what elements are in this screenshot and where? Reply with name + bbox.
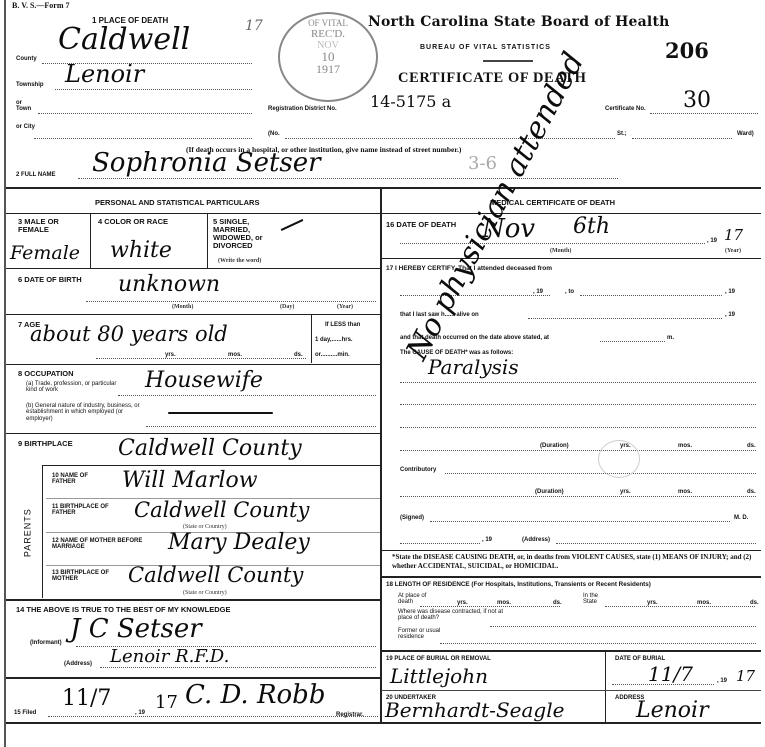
duration-label-1: (Duration) [540,443,569,449]
duration-2-yrs: yrs. [620,489,631,495]
center-divider [380,189,382,723]
father-birthplace-label: 11 BIRTHPLACE OF FATHER [52,504,124,517]
mother-birthplace-label: 13 BIRTHPLACE OF MOTHER [52,570,124,583]
sex-label: 3 MALE OR FEMALE [18,218,78,234]
residence-label: 18 LENGTH OF RESIDENCE (For Hospitals, I… [386,582,651,589]
occupation-b-label: (b) General nature of industry, business… [26,403,148,422]
cause-line-3 [400,427,756,428]
informant-address-label: (Address) [64,661,92,667]
last-saw-year: , 19 [725,312,735,318]
informant-address-line [100,667,376,668]
full-name-value: Sophronia Setser [92,148,321,178]
age-yrs: yrs. [165,352,176,358]
registrar-label: Registrar. [336,712,364,718]
row-rule-2 [6,314,380,315]
header-rule [483,60,533,62]
parents-side-label: PARENTS [24,508,33,557]
left-border [4,0,6,747]
physician-address-line [556,543,756,544]
at-place-line [420,606,560,607]
father-birthplace-value: Caldwell County [134,498,309,522]
ward-line [632,138,732,139]
burial-place-value: Littlejohn [390,664,488,688]
duration-1-ds: ds. [747,443,756,449]
contracted-label: Where was disease contracted, if not at … [398,609,518,622]
row-rule-4 [6,433,380,434]
full-name-label: 2 FULL NAME [16,172,56,178]
town-line [38,113,252,114]
personal-heading: PERSONAL AND STATISTICAL PARTICULARS [95,199,259,207]
race-label: 4 COLOR OR RACE [98,218,168,226]
birthplace-value: Caldwell County [118,436,302,461]
age-ds: ds. [294,352,303,358]
duration-2-ds: ds. [747,489,756,495]
sex-value: Female [10,242,80,264]
registration-district-label: Registration District No. [268,106,337,112]
former-residence-line [440,643,756,644]
filed-year: 17 [155,692,178,713]
ward-label: Ward) [737,131,754,137]
certificate-number-line [650,113,758,114]
in-state-ds: ds. [750,600,759,606]
occupation-a-label: (a) Trade, profession, or particular kin… [26,381,121,394]
md-label: M. D. [734,515,748,521]
in-state-label: In the State [583,593,613,606]
at-place-label: At place of death [398,593,438,606]
form-code: B. V. S.—Form 7 [12,2,70,10]
registration-district-value: 14-5175 a [370,92,451,111]
occurred-m: m. [667,335,674,341]
informant-heading: 14 THE ABOVE IS TRUE TO THE BEST OF MY K… [16,606,230,614]
occupation-b-line [146,426,376,427]
township-line [55,89,252,90]
duration-label-2: (Duration) [535,489,564,495]
duration-line-1 [400,450,756,451]
row-rule-9 [6,599,380,601]
certify-from-year: , 19 [533,289,543,295]
burial-place-label: 19 PLACE OF BURIAL OR REMOVAL [386,656,491,662]
personal-heading-rule [6,213,380,214]
mother-name-value: Mary Dealey [168,530,310,555]
father-name-label: 10 NAME OF FATHER [52,473,107,486]
occupation-b-dash [168,412,273,414]
filed-line [48,716,378,717]
age-value: about 80 years old [30,322,228,346]
certificate-number-value: 30 [683,88,711,113]
city-label: or City [16,124,36,130]
medical-rule-2 [381,550,761,551]
street-label: St.; [617,131,627,137]
received-stamp: OF VITAL REC'D. NOV 10 1917 [278,12,378,102]
full-name-note: 3-6 [468,153,497,174]
burial-date-value: 11/7 [648,662,693,686]
full-name-line [78,178,618,179]
informant-label: (Informant) [30,640,62,646]
dod-year-prefix: , 19 [707,238,717,244]
filed-year-prefix: , 19 [135,710,145,716]
certify-to-line [580,295,722,296]
birthplace-label: 9 BIRTHPLACE [18,440,73,448]
duration-1-mos: mos. [678,443,692,449]
dob-value: unknown [118,272,220,297]
certify-from-line [400,295,550,296]
dod-year: 17 [724,226,743,244]
township-value: Lenoir [65,60,144,88]
age-mos: mos. [228,352,242,358]
in-state-mos: mos. [697,600,711,606]
dob-label: 6 DATE OF BIRTH [18,276,82,284]
medical-rule-3 [381,576,761,578]
row-rule-3 [6,364,380,365]
dob-year-hint: (Year) [337,304,353,310]
row-rule-5 [42,465,380,466]
board-name: North Carolina State Board of Health [368,14,670,30]
signed-line [430,521,730,522]
duration-line-2 [400,496,756,497]
faint-circle-mark [598,440,640,478]
former-residence-label: Former or usual residence [398,628,453,641]
date-of-death-label: 16 DATE OF DEATH [386,221,456,229]
at-place-mos: mos. [497,600,511,606]
father-name-value: Will Marlow [122,468,258,493]
burial-year: 17 [736,667,755,685]
medical-heading-rule [381,213,761,214]
registrar-signature: C. D. Robb [185,680,325,710]
less-than-label: If LESS than [325,322,360,328]
township-label: Township [16,82,44,88]
race-value: white [110,238,172,263]
filed-label: 15 Filed [14,710,36,716]
dob-month-hint: (Month) [172,304,193,310]
name-bottom-rule [6,187,761,189]
sex-race-divider [90,214,91,268]
contributory-line [445,473,756,474]
signed-date-year: , 19 [482,537,492,543]
mother-birthplace-value: Caldwell County [128,563,303,587]
city-line [34,138,252,139]
less-than-minutes: or..........min. [315,352,350,358]
row-rule-1 [6,268,380,269]
burial-year-prefix: , 19 [717,678,727,684]
age-line [96,358,306,359]
in-state-line [605,606,755,607]
street-number-label: (No. [268,131,280,137]
county-note: 17 [245,18,263,34]
last-saw-line [528,318,722,319]
age-divider [311,315,312,363]
cause-line-2 [400,404,756,405]
in-state-yrs: yrs. [647,600,658,606]
occupation-a-value: Housewife [145,368,263,393]
stamp-year: 1917 [280,63,376,75]
mother-birthplace-hint: (State or Country) [183,590,227,596]
physician-address-label: (Address) [522,537,550,543]
race-marital-divider [207,214,208,268]
date-of-death-day: 6th [573,214,610,239]
informant-value: J C Setser [70,614,202,644]
undertaker-value: Bernhardt-Seagle [385,698,564,722]
cause-footnote: *State the DISEASE CAUSING DEATH, or, in… [392,553,760,571]
undertaker-address-value: Lenoir [636,698,709,723]
filed-date: 11/7 [62,686,111,711]
informant-address-value: Lenoir R.F.D. [110,646,229,667]
date-of-death-line [400,243,705,244]
occurred-line [600,341,665,342]
at-place-ds: ds. [553,600,562,606]
parents-divider [42,466,43,598]
bureau-name: BUREAU OF VITAL STATISTICS [420,44,551,51]
dob-line [86,301,376,302]
burial-divider [605,651,606,722]
occupation-a-line [118,395,376,396]
mother-name-label: 12 NAME OF MOTHER BEFORE MARRIAGE [52,538,162,551]
signed-date-line [400,543,480,544]
street-line [285,138,615,139]
cause-value: Paralysis [428,355,519,379]
dob-day-hint: (Day) [280,304,294,310]
county-value: Caldwell [58,22,190,57]
medical-rule-4 [381,650,761,652]
signed-label: (Signed) [400,515,424,521]
at-place-yrs: yrs. [457,600,468,606]
certify-to-year: , 19 [725,289,735,295]
county-label: County [16,56,37,62]
no-physician-note: No physician attended [400,0,628,366]
certify-to: , to [565,289,574,295]
cause-line-1 [400,382,756,383]
stamp-received: REC'D. [280,28,376,40]
town-label: or Town [16,100,36,113]
burial-row-rule [381,690,761,691]
medical-rule-1 [381,258,761,259]
contracted-line [490,626,756,627]
marital-hint: (Write the word) [218,258,261,264]
form-number: 206 [665,38,709,63]
stamp-ring-text: OF VITAL [280,18,376,28]
duration-2-mos: mos. [678,489,692,495]
dod-month-hint: (Month) [550,248,571,254]
dod-year-hint: (Year) [725,248,741,254]
occupation-label: 8 OCCUPATION [18,370,74,378]
contributory-label: Contributory [400,467,436,473]
less-than-hours: 1 day,......hrs. [315,337,353,343]
row-rule-10 [6,677,380,679]
certificate-number-label: Certificate No. [605,106,646,112]
marital-label: 5 SINGLE, MARRIED, WIDOWED, or DIVORCED [213,218,288,250]
